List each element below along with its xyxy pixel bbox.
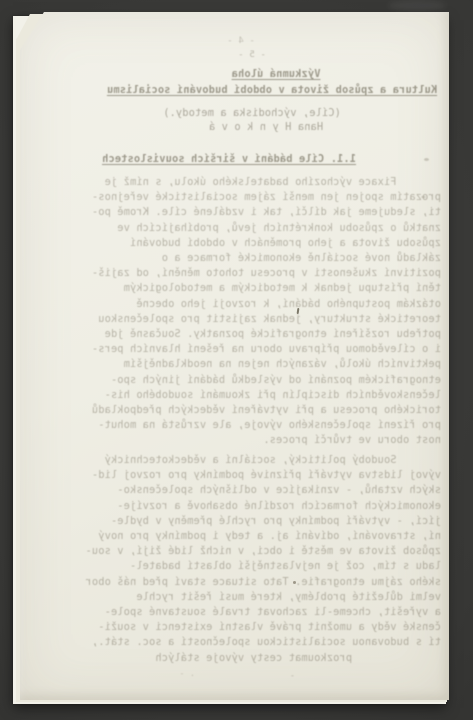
document-page: - 4 - - 5 - Výzkumná úloha Kultura a způ… xyxy=(20,12,449,700)
document-subtitle: (Cíle, východiska a metody.) xyxy=(63,106,441,121)
ink-speck xyxy=(421,196,426,198)
page-number-lower: - 5 - xyxy=(63,48,441,63)
paragraph-1: Fixace výchozího badatelského úkolu, s n… xyxy=(63,175,441,449)
footer-mark-right: . - xyxy=(179,667,195,682)
ink-speck xyxy=(424,158,429,161)
document-title: Kultura a způsob života v období budován… xyxy=(83,83,461,98)
paragraph-2: Soudobý politický, sociální a vědeckotec… xyxy=(63,453,441,666)
section-heading: 1.1. Cíle bádání v širších souvislostech xyxy=(102,152,356,167)
photo-backdrop: - 4 - - 5 - Výzkumná úloha Kultura a způ… xyxy=(0,0,473,720)
footer-mark-left: - xyxy=(290,669,295,684)
page-number-upper: - 4 - xyxy=(52,34,430,49)
ink-speck xyxy=(293,581,296,584)
author-name: Hana H y n k o v á xyxy=(77,120,455,135)
research-task-label: Výzkumná úloha xyxy=(87,67,465,82)
bleedthrough-text-layer: - 4 - - 5 - Výzkumná úloha Kultura a způ… xyxy=(63,12,441,700)
background-smudge xyxy=(388,0,446,11)
